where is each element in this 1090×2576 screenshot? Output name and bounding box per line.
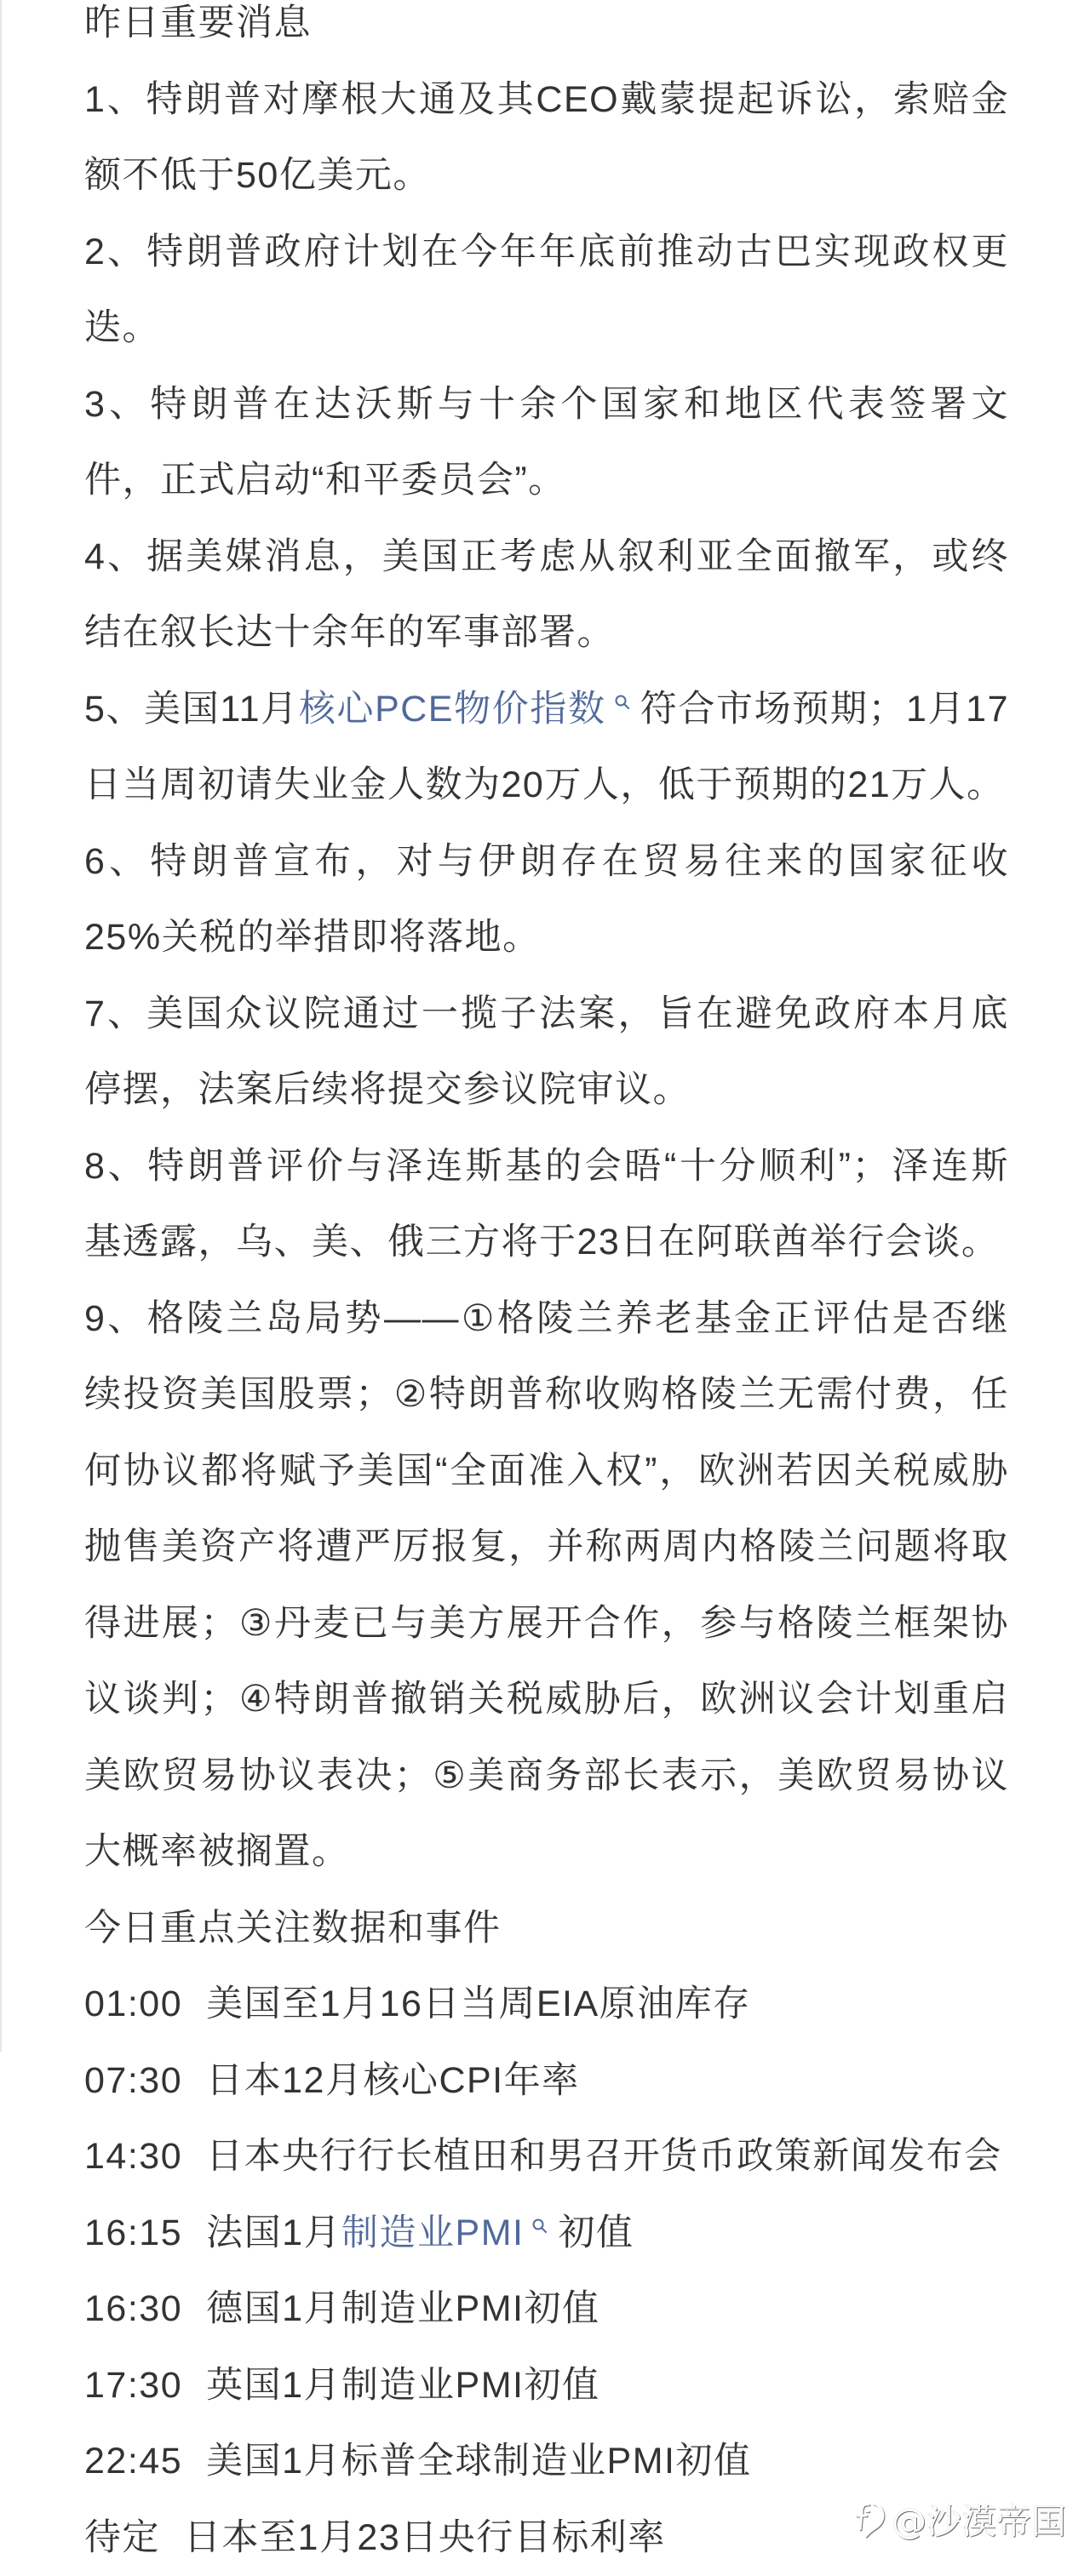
event-text: 美国至1月16日当周EIA原油库存 [206,1984,751,2024]
event-time: 07:30 [84,2060,182,2101]
news-line: 何协议都将赋予美国“全面准入权”，欧洲若因关税威胁 [84,1434,1009,1510]
news-line: 件，正式启动“和平委员会”。 [84,443,1009,519]
news-line: 续投资美国股票；②特朗普称收购格陵兰无需付费，任 [84,1357,1009,1434]
event-text: 初值 [558,2212,634,2253]
event-text: 日本12月核心CPI年率 [206,2060,580,2101]
news-line: 7、美国众议院通过一揽子法案，旨在避免政府本月底 [84,976,1009,1053]
event-text: 日本至1月23日央行目标利率 [184,2517,666,2558]
news-item-1: 1、特朗普对摩根大通及其CEO戴蒙提起诉讼，索赔金 额不低于50亿美元。 [84,62,1009,215]
event-time: 17:30 [84,2365,182,2406]
news-line: 停摆，法案后续将提交参议院审议。 [84,1052,1009,1129]
news-line: 议谈判；④特朗普撤销关税威胁后，欧洲议会计划重启 [84,1662,1009,1738]
event-row: 17:30英国1月制造业PMI初值 [84,2348,1009,2424]
news-line: 5、美国11月核心PCE物价指数符合市场预期；1月17 [84,672,1009,748]
news-line: 4、据美媒消息，美国正考虑从叙利亚全面撤军，或终 [84,519,1009,596]
event-text: 日本央行行长植田和男召开货币政策新闻发布会 [206,2136,1002,2177]
event-text: 法国1月 [206,2212,341,2253]
news-text: 5、美国11月 [84,689,299,730]
news-line: 3、特朗普在达沃斯与十余个国家和地区代表签署文 [84,367,1009,444]
news-line: 迭。 [84,290,1009,367]
event-text: 德国1月制造业PMI初值 [206,2288,599,2329]
news-line: 结在叙长达十余年的军事部署。 [84,595,1009,672]
news-item-7: 7、美国众议院通过一揽子法案，旨在避免政府本月底 停摆，法案后续将提交参议院审议… [84,976,1009,1129]
section-title-yesterday: 昨日重要消息 [84,0,1009,62]
event-text: 英国1月制造业PMI初值 [206,2365,599,2406]
search-icon[interactable] [606,672,640,748]
news-line: 美欧贸易协议表决；⑤美商务部长表示，美欧贸易协议 [84,1738,1009,1815]
news-item-3: 3、特朗普在达沃斯与十余个国家和地区代表签署文 件，正式启动“和平委员会”。 [84,367,1009,519]
event-time: 14:30 [84,2136,182,2177]
event-time: 16:30 [84,2288,182,2329]
event-row: 07:30日本12月核心CPI年率 [84,2043,1009,2120]
news-item-2: 2、特朗普政府计划在今年年底前推动古巴实现政权更 迭。 [84,215,1009,367]
link-manufacturing-pmi[interactable]: 制造业PMI [341,2212,524,2253]
event-row: 16:15法国1月制造业PMI初值 [84,2195,1009,2272]
news-line: 得进展；③丹麦已与美方展开合作，参与格陵兰框架协 [84,1586,1009,1663]
event-row: 16:30德国1月制造业PMI初值 [84,2271,1009,2348]
news-item-5: 5、美国11月核心PCE物价指数符合市场预期；1月17 日当周初请失业金人数为2… [84,672,1009,824]
news-item-9: 9、格陵兰岛局势——①格陵兰养老基金正评估是否继 续投资美国股票；②特朗普称收购… [84,1281,1009,1891]
news-line: 2、特朗普政府计划在今年年底前推动古巴实现政权更 [84,215,1009,291]
news-line: 25%关税的举措即将落地。 [84,900,1009,976]
news-text: 符合市场预期；1月17 [640,689,1009,730]
news-line: 抛售美资产将遭严厉报复，并称两周内格陵兰问题将取 [84,1509,1009,1586]
news-line: 1、特朗普对摩根大通及其CEO戴蒙提起诉讼，索赔金 [84,62,1009,139]
news-item-6: 6、特朗普宣布，对与伊朗存在贸易往来的国家征收 25%关税的举措即将落地。 [84,824,1009,976]
link-core-pce-price-index[interactable]: 核心PCE物价指数 [299,689,606,730]
news-line: 6、特朗普宣布，对与伊朗存在贸易往来的国家征收 [84,824,1009,901]
news-line: 额不低于50亿美元。 [84,138,1009,215]
search-icon[interactable] [524,2195,558,2272]
event-time: 22:45 [84,2441,182,2482]
event-text: 美国1月标普全球制造业PMI初值 [206,2441,751,2482]
article-body: 昨日重要消息 1、特朗普对摩根大通及其CEO戴蒙提起诉讼，索赔金 额不低于50亿… [84,0,1009,2576]
news-line: 8、特朗普评价与泽连斯基的会晤“十分顺利”；泽连斯 [84,1129,1009,1205]
event-time: 待定 [84,2517,160,2558]
news-item-4: 4、据美媒消息，美国正考虑从叙利亚全面撤军，或终 结在叙长达十余年的军事部署。 [84,519,1009,672]
event-time: 01:00 [84,1984,182,2024]
section-title-today: 今日重点关注数据和事件 [84,1891,1009,1967]
event-time: 16:15 [84,2212,182,2253]
left-border-divider [0,0,2,2052]
event-row: 14:30日本央行行长植田和男召开货币政策新闻发布会 [84,2119,1009,2195]
zhihu-logo-icon [854,2497,888,2539]
news-line: 9、格陵兰岛局势——①格陵兰养老基金正评估是否继 [84,1281,1009,1358]
watermark: @沙漠帝国 [854,2493,1066,2544]
watermark-text: @沙漠帝国 [892,2493,1066,2544]
event-row: 01:00美国至1月16日当周EIA原油库存 [84,1966,1009,2043]
news-line: 日当周初请失业金人数为20万人，低于预期的21万人。 [84,747,1009,824]
news-line: 大概率被搁置。 [84,1814,1009,1891]
news-line: 基透露，乌、美、俄三方将于23日在阿联酋举行会谈。 [84,1205,1009,1281]
news-item-8: 8、特朗普评价与泽连斯基的会晤“十分顺利”；泽连斯 基透露，乌、美、俄三方将于2… [84,1129,1009,1281]
event-row: 22:45美国1月标普全球制造业PMI初值 [84,2424,1009,2500]
